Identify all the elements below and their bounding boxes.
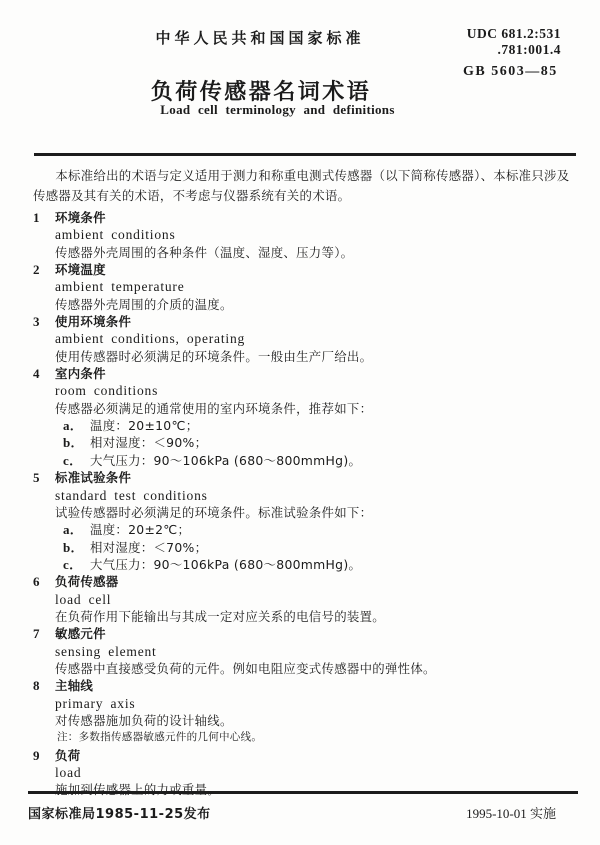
condition-item-text: 大气压力：90～106kPa (680～800mmHg)。: [90, 556, 361, 573]
section-heading: 2环境温度: [33, 261, 578, 278]
condition-item: c．大气压力：90～106kPa (680～800mmHg)。: [63, 556, 578, 573]
section-term-chinese: 主轴线: [55, 677, 93, 694]
section-number: 5: [33, 469, 55, 486]
section-term-english: load cell: [55, 591, 578, 608]
term-section: 6负荷传感器load cell在负荷作用下能输出与其成一定对应关系的电信号的装置…: [33, 573, 578, 625]
section-term-chinese: 室内条件: [55, 365, 106, 382]
condition-item-text: 大气压力：90～106kPa (680～800mmHg)。: [90, 452, 361, 469]
section-term-chinese: 使用环境条件: [55, 313, 131, 330]
section-heading: 5标准试验条件: [33, 469, 578, 486]
section-definition: 试验传感器时必须满足的环境条件。标准试验条件如下：: [55, 504, 578, 521]
condition-item-text: 相对湿度：＜90%；: [90, 434, 207, 451]
document-title-english: Load cell terminology and definitions: [0, 102, 555, 118]
section-term-chinese: 负荷传感器: [55, 573, 118, 590]
condition-item: a．温度：20±2℃；: [63, 521, 578, 538]
section-definition: 在负荷作用下能输出与其成一定对应关系的电信号的装置。: [55, 608, 578, 625]
issued-by-date: 国家标准局1985-11-25发布: [28, 803, 211, 822]
section-number: 1: [33, 209, 55, 226]
section-definition: 传感器外壳周围的介质的温度。: [55, 296, 578, 313]
condition-item-label: c．: [63, 556, 90, 573]
condition-item-label: a．: [63, 417, 90, 434]
national-standard-label: 中华人民共和国国家标准: [0, 27, 520, 48]
section-number: 4: [33, 365, 55, 382]
term-section: 5标准试验条件standard test conditions试验传感器时必须满…: [33, 469, 578, 573]
condition-item-label: c．: [63, 452, 90, 469]
section-definition: 传感器中直接感受负荷的元件。例如电阻应变式传感器中的弹性体。: [55, 660, 578, 677]
section-term-english: standard test conditions: [55, 487, 578, 504]
section-heading: 9负荷: [33, 747, 578, 764]
term-section: 4室内条件room conditions传感器必须满足的通常使用的室内环境条件，…: [33, 365, 578, 469]
section-term-english: primary axis: [55, 695, 578, 712]
udc-line-2: .781:001.4: [467, 42, 561, 58]
section-number: 7: [33, 625, 55, 642]
section-heading: 1环境条件: [33, 209, 578, 226]
condition-item: b．相对湿度：＜70%；: [63, 539, 578, 556]
section-definition: 使用传感器时必须满足的环境条件。一般由生产厂给出。: [55, 348, 578, 365]
section-definition: 传感器外壳周围的各种条件（温度、湿度、压力等）。: [55, 244, 578, 261]
section-heading: 8主轴线: [33, 677, 578, 694]
section-number: 6: [33, 573, 55, 590]
section-number: 2: [33, 261, 55, 278]
sections-list: 1环境条件ambient conditions传感器外壳周围的各种条件（温度、湿…: [33, 209, 578, 799]
condition-item: a．温度：20±10℃；: [63, 417, 578, 434]
section-term-english: ambient temperature: [55, 278, 578, 295]
header-divider-rule: [34, 153, 576, 156]
standard-document-page: 中华人民共和国国家标准 UDC 681.2:531 .781:001.4 GB …: [0, 0, 600, 845]
footer-divider-rule: [28, 791, 578, 794]
term-section: 2环境温度ambient temperature传感器外壳周围的介质的温度。: [33, 261, 578, 313]
section-heading: 6负荷传感器: [33, 573, 578, 590]
section-heading: 4室内条件: [33, 365, 578, 382]
section-term-chinese: 敏感元件: [55, 625, 106, 642]
section-term-chinese: 负荷: [55, 747, 80, 764]
condition-item-text: 温度：20±2℃；: [90, 521, 190, 538]
udc-line-1: UDC 681.2:531: [467, 26, 561, 42]
condition-item-text: 温度：20±10℃；: [90, 417, 198, 434]
section-term-english: room conditions: [55, 382, 578, 399]
section-term-chinese: 标准试验条件: [55, 469, 131, 486]
section-heading: 3使用环境条件: [33, 313, 578, 330]
section-definition: 传感器必须满足的通常使用的室内环境条件，推荐如下：: [55, 400, 578, 417]
effective-date: 1995-10-01 实施: [466, 803, 556, 822]
condition-item-text: 相对湿度：＜70%；: [90, 539, 207, 556]
section-number: 9: [33, 747, 55, 764]
section-heading: 7敏感元件: [33, 625, 578, 642]
section-term-english: load: [55, 764, 578, 781]
condition-item: c．大气压力：90～106kPa (680～800mmHg)。: [63, 452, 578, 469]
section-term-english: ambient conditions: [55, 226, 578, 243]
document-body: 本标准给出的术语与定义适用于测力和称重电测式传感器（以下简称传感器）、本标准只涉…: [33, 166, 578, 799]
udc-classification: UDC 681.2:531 .781:001.4: [467, 26, 561, 58]
condition-item-label: b．: [63, 434, 90, 451]
term-section: 7敏感元件sensing element传感器中直接感受负荷的元件。例如电阻应变…: [33, 625, 578, 677]
condition-item-label: b．: [63, 539, 90, 556]
section-term-chinese: 环境温度: [55, 261, 106, 278]
section-definition: 对传感器施加负荷的设计轴线。: [55, 712, 578, 729]
condition-item-label: a．: [63, 521, 90, 538]
term-section: 3使用环境条件ambient conditions, operating使用传感…: [33, 313, 578, 365]
term-section: 8主轴线primary axis对传感器施加负荷的设计轴线。注：多数指传感器敏感…: [33, 677, 578, 746]
condition-item: b．相对湿度：＜90%；: [63, 434, 578, 451]
section-term-chinese: 环境条件: [55, 209, 106, 226]
section-term-english: sensing element: [55, 643, 578, 660]
term-section: 1环境条件ambient conditions传感器外壳周围的各种条件（温度、湿…: [33, 209, 578, 261]
scope-paragraph: 本标准给出的术语与定义适用于测力和称重电测式传感器（以下简称传感器）、本标准只涉…: [33, 166, 578, 205]
section-number: 8: [33, 677, 55, 694]
section-term-english: ambient conditions, operating: [55, 330, 578, 347]
section-note: 注：多数指传感器敏感元件的几何中心线。: [57, 729, 578, 746]
section-number: 3: [33, 313, 55, 330]
